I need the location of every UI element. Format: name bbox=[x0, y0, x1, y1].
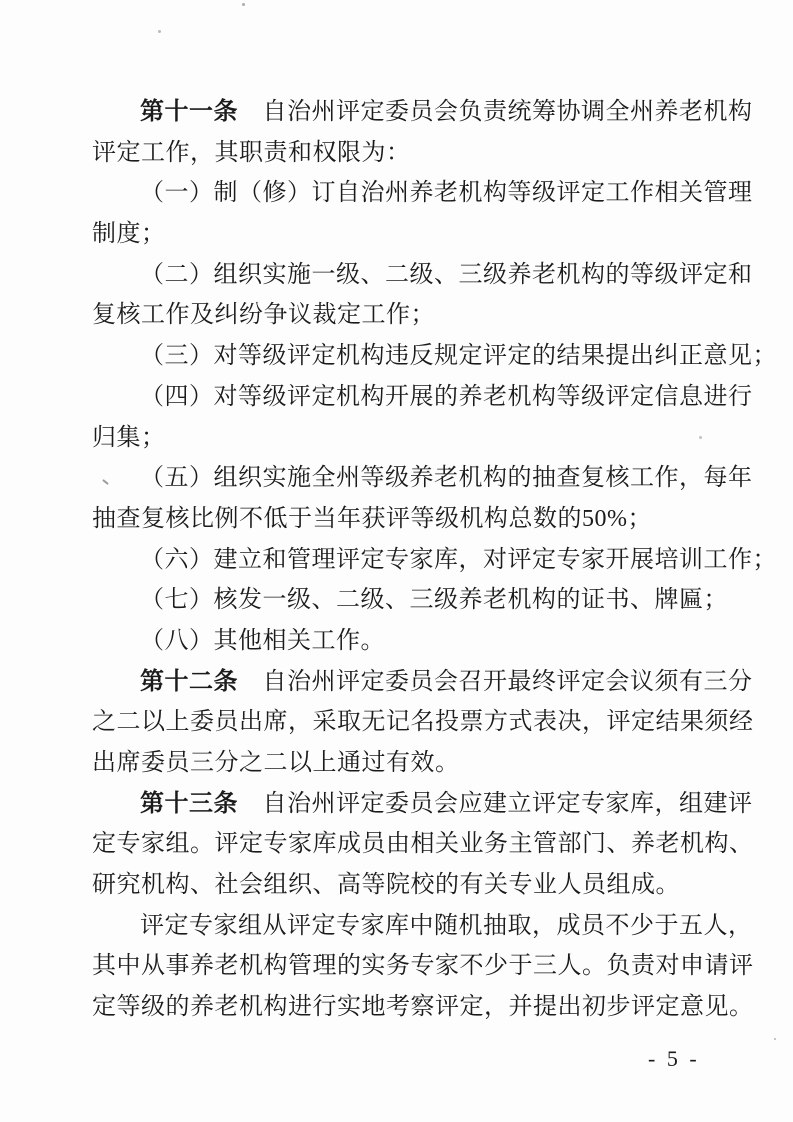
text-run: 抽查复核比例不低于当年获评等级机构总数的50%； bbox=[92, 506, 652, 532]
text-run: 评定工作，其职责和权限为： bbox=[92, 140, 411, 166]
text-line: （三）对等级评定机构违反规定评定的结果提出纠正意见； bbox=[92, 336, 760, 377]
text-run: 之二以上委员出席，采取无记名投票方式表决，评定结果须经 bbox=[92, 709, 754, 735]
article-heading: 第十二条 bbox=[140, 669, 238, 695]
text-line: 抽查复核比例不低于当年获评等级机构总数的50%； bbox=[92, 499, 760, 540]
text-line: 定专家组。评定专家库成员由相关业务主管部门、养老机构、 bbox=[92, 824, 760, 865]
text-run: （一）制（修）订自治州养老机构等级评定工作相关管理 bbox=[140, 180, 753, 206]
text-line: 评定工作，其职责和权限为： bbox=[92, 133, 760, 174]
text-run: 研究机构、社会组织、高等院校的有关专业人员组成。 bbox=[92, 872, 680, 898]
article-heading: 第十三条 bbox=[140, 791, 238, 817]
text-line: 其中从事养老机构管理的实务专家不少于三人。负责对申请评 bbox=[92, 946, 760, 987]
text-run: 自治州评定委员会负责统筹协调全州养老机构 bbox=[238, 99, 753, 125]
text-run: （七）核发一级、二级、三级养老机构的证书、牌匾； bbox=[140, 587, 728, 613]
document-body: 第十一条 自治州评定委员会负责统筹协调全州养老机构评定工作，其职责和权限为：（一… bbox=[92, 92, 760, 1028]
text-line: （四）对等级评定机构开展的养老机构等级评定信息进行 bbox=[92, 377, 760, 418]
scan-artifact bbox=[242, 3, 245, 6]
text-run: 制度； bbox=[92, 221, 166, 247]
text-line: （二）组织实施一级、二级、三级养老机构的等级评定和 bbox=[92, 255, 760, 296]
text-run: 自治州评定委员会应建立评定专家库，组建评 bbox=[238, 791, 753, 817]
text-line: （七）核发一级、二级、三级养老机构的证书、牌匾； bbox=[92, 580, 760, 621]
text-run: 自治州评定委员会召开最终评定会议须有三分 bbox=[238, 669, 753, 695]
text-run: （四）对等级评定机构开展的养老机构等级评定信息进行 bbox=[140, 384, 753, 410]
text-line: （五）组织实施全州等级养老机构的抽查复核工作，每年 bbox=[92, 458, 760, 499]
text-line: 之二以上委员出席，采取无记名投票方式表决，评定结果须经 bbox=[92, 702, 760, 743]
text-line: （八）其他相关工作。 bbox=[92, 621, 760, 662]
text-run: （二）组织实施一级、二级、三级养老机构的等级评定和 bbox=[140, 262, 753, 288]
text-run: 复核工作及纠纷争议裁定工作； bbox=[92, 302, 435, 328]
scan-artifact bbox=[774, 1038, 776, 1040]
text-run: （六）建立和管理评定专家库，对评定专家开展培训工作； bbox=[140, 547, 777, 573]
text-line: 定等级的养老机构进行实地考察评定，并提出初步评定意见。 bbox=[92, 987, 760, 1028]
text-run: （八）其他相关工作。 bbox=[140, 628, 385, 654]
text-run: 其中从事养老机构管理的实务专家不少于三人。负责对申请评 bbox=[92, 953, 754, 979]
text-line: 复核工作及纠纷争议裁定工作； bbox=[92, 295, 760, 336]
text-line: （六）建立和管理评定专家库，对评定专家开展培训工作； bbox=[92, 540, 760, 581]
text-line: 第十三条 自治州评定委员会应建立评定专家库，组建评 bbox=[92, 784, 760, 825]
document-page: 第十一条 自治州评定委员会负责统筹协调全州养老机构评定工作，其职责和权限为：（一… bbox=[0, 0, 793, 1122]
text-run: （三）对等级评定机构违反规定评定的结果提出纠正意见； bbox=[140, 343, 777, 369]
page-number: - 5 - bbox=[648, 1046, 700, 1072]
text-line: 出席委员三分之二以上通过有效。 bbox=[92, 743, 760, 784]
text-line: 制度； bbox=[92, 214, 760, 255]
text-line: 第十一条 自治州评定委员会负责统筹协调全州养老机构 bbox=[92, 92, 760, 133]
text-run: 归集； bbox=[92, 425, 166, 451]
text-line: 归集； bbox=[92, 418, 760, 459]
text-line: （一）制（修）订自治州养老机构等级评定工作相关管理 bbox=[92, 173, 760, 214]
article-heading: 第十一条 bbox=[140, 99, 238, 125]
text-run: 定等级的养老机构进行实地考察评定，并提出初步评定意见。 bbox=[92, 994, 754, 1020]
text-run: （五）组织实施全州等级养老机构的抽查复核工作，每年 bbox=[140, 465, 753, 491]
scan-artifact bbox=[158, 30, 161, 33]
text-line: 评定专家组从评定专家库中随机抽取，成员不少于五人， bbox=[92, 906, 760, 947]
text-run: 定专家组。评定专家库成员由相关业务主管部门、养老机构、 bbox=[92, 831, 754, 857]
text-line: 第十二条 自治州评定委员会召开最终评定会议须有三分 bbox=[92, 662, 760, 703]
text-run: 出席委员三分之二以上通过有效。 bbox=[92, 750, 460, 776]
text-line: 研究机构、社会组织、高等院校的有关专业人员组成。 bbox=[92, 865, 760, 906]
text-run: 评定专家组从评定专家库中随机抽取，成员不少于五人， bbox=[140, 913, 753, 939]
